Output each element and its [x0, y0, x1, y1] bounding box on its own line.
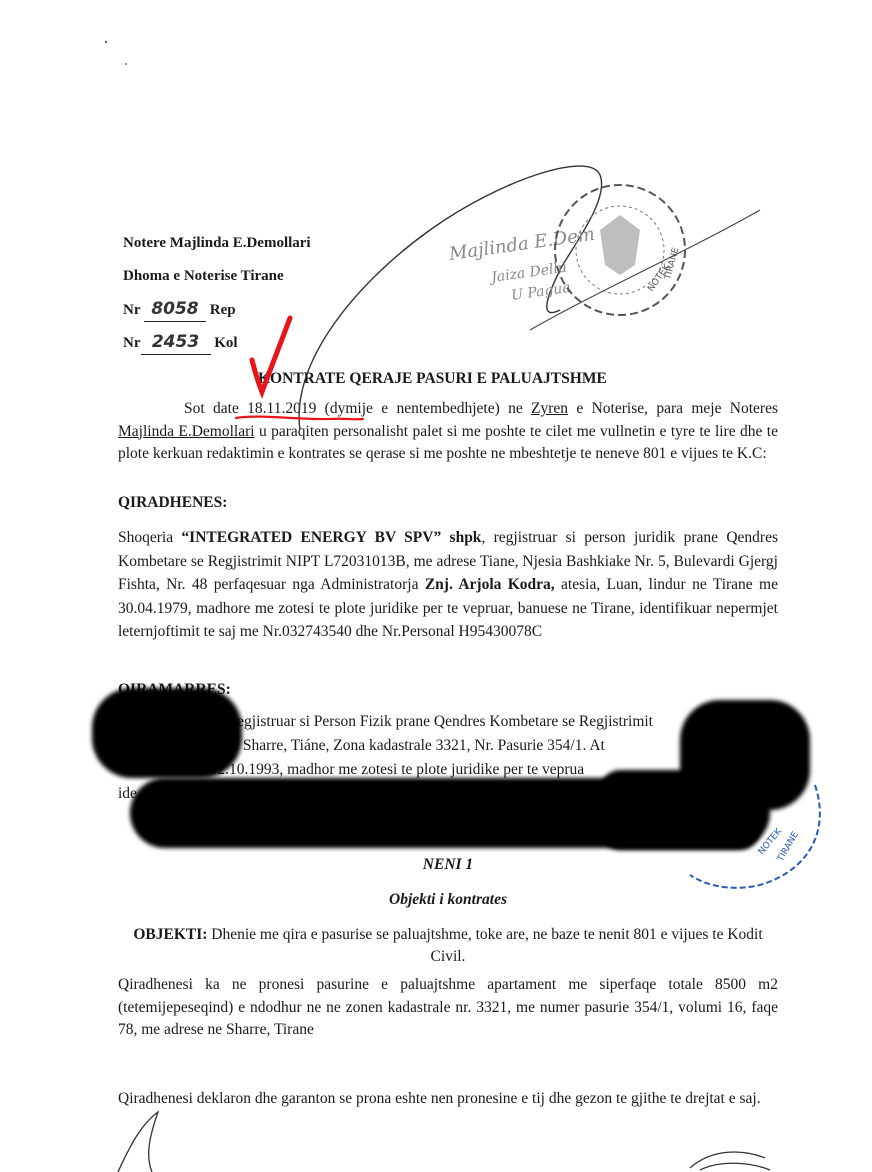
- signature-stroke: [530, 210, 760, 330]
- property-paragraph: Qiradhenesi ka ne pronesi pasurine e pal…: [118, 974, 778, 1042]
- notary-name-inline: Majlinda E.Demollari: [118, 423, 255, 440]
- rep-suffix: Rep: [210, 302, 236, 318]
- object-paragraph: OBJEKTI: Dhenie me qira e pasurise se pa…: [118, 924, 778, 968]
- intro-paragraph: Sot date 18.11.2019 (dymije e nentembedh…: [118, 398, 778, 466]
- declaration-paragraph: Qiradhenesi deklaron dhe garanton se pro…: [118, 1088, 778, 1111]
- signature-script: Jaiza Dellu: [487, 260, 568, 287]
- lessor-heading: QIRADHENES:: [118, 491, 227, 515]
- svg-text:TIRANE: TIRANE: [663, 246, 681, 281]
- notary-chamber: Dhoma e Noterise Tirane: [123, 264, 284, 288]
- contract-title: KONTRATE QERAJE PASURI E PALUAJTSHME: [258, 367, 607, 391]
- intro-text: Sot date: [184, 400, 247, 417]
- redaction-mark: [600, 770, 760, 850]
- signature-script: Majlinda E.Dem: [447, 224, 596, 265]
- lessee-line-2: rese Sharre, Tiáne, Zona kadastrale 3321…: [214, 734, 605, 758]
- kol-number-line: Nr2453 Kol: [123, 330, 238, 355]
- speck: [125, 63, 127, 65]
- kol-prefix: Nr: [123, 335, 141, 351]
- article-subheading: Objekti i kontrates: [118, 888, 778, 912]
- signature-stroke: [690, 1152, 770, 1170]
- lessor-paragraph: Shoqeria “INTEGRATED ENERGY BV SPV” shpk…: [118, 526, 778, 644]
- office-word: Zyren: [531, 400, 568, 417]
- signature-script: U Pagua: [510, 280, 571, 304]
- lessor-company: “INTEGRATED ENERGY BV SPV” shpk: [181, 529, 481, 546]
- svg-text:TIRANE: TIRANE: [775, 830, 801, 864]
- lessor-text: Shoqeria: [118, 529, 181, 546]
- intro-text: e Noterise, para meje Noteres: [568, 400, 778, 417]
- lessee-line-1: regjistruar si Person Fizik prane Qendre…: [232, 710, 653, 734]
- rep-prefix: Nr: [123, 302, 140, 318]
- speck: [105, 41, 107, 43]
- contract-date: 18.11.2019 (dymije: [247, 400, 373, 417]
- kol-suffix: Kol: [214, 335, 237, 351]
- kol-number: 2453: [141, 330, 211, 355]
- notary-name: Notere Majlinda E.Demollari: [123, 231, 311, 255]
- rep-number-line: Nr 8058 Rep: [123, 297, 236, 322]
- intro-text: e nentembedhjete) ne: [373, 400, 531, 417]
- notary-seal-gray: NOTEK TIRANE: [555, 185, 685, 315]
- article-heading: NENI 1: [118, 853, 778, 877]
- redaction-mark: [140, 700, 220, 740]
- svg-text:NOTEK: NOTEK: [646, 262, 673, 294]
- lessor-representative: Znj. Arjola Kodra,: [425, 576, 555, 593]
- object-text: Dhenie me qira e pasurise se paluajtshme…: [207, 926, 762, 965]
- document-page: Notere Majlinda E.Demollari Dhoma e Note…: [0, 0, 872, 1172]
- signature-stroke: [118, 1112, 158, 1172]
- rep-number: 8058: [144, 297, 206, 322]
- object-label: OBJEKTI:: [133, 926, 207, 943]
